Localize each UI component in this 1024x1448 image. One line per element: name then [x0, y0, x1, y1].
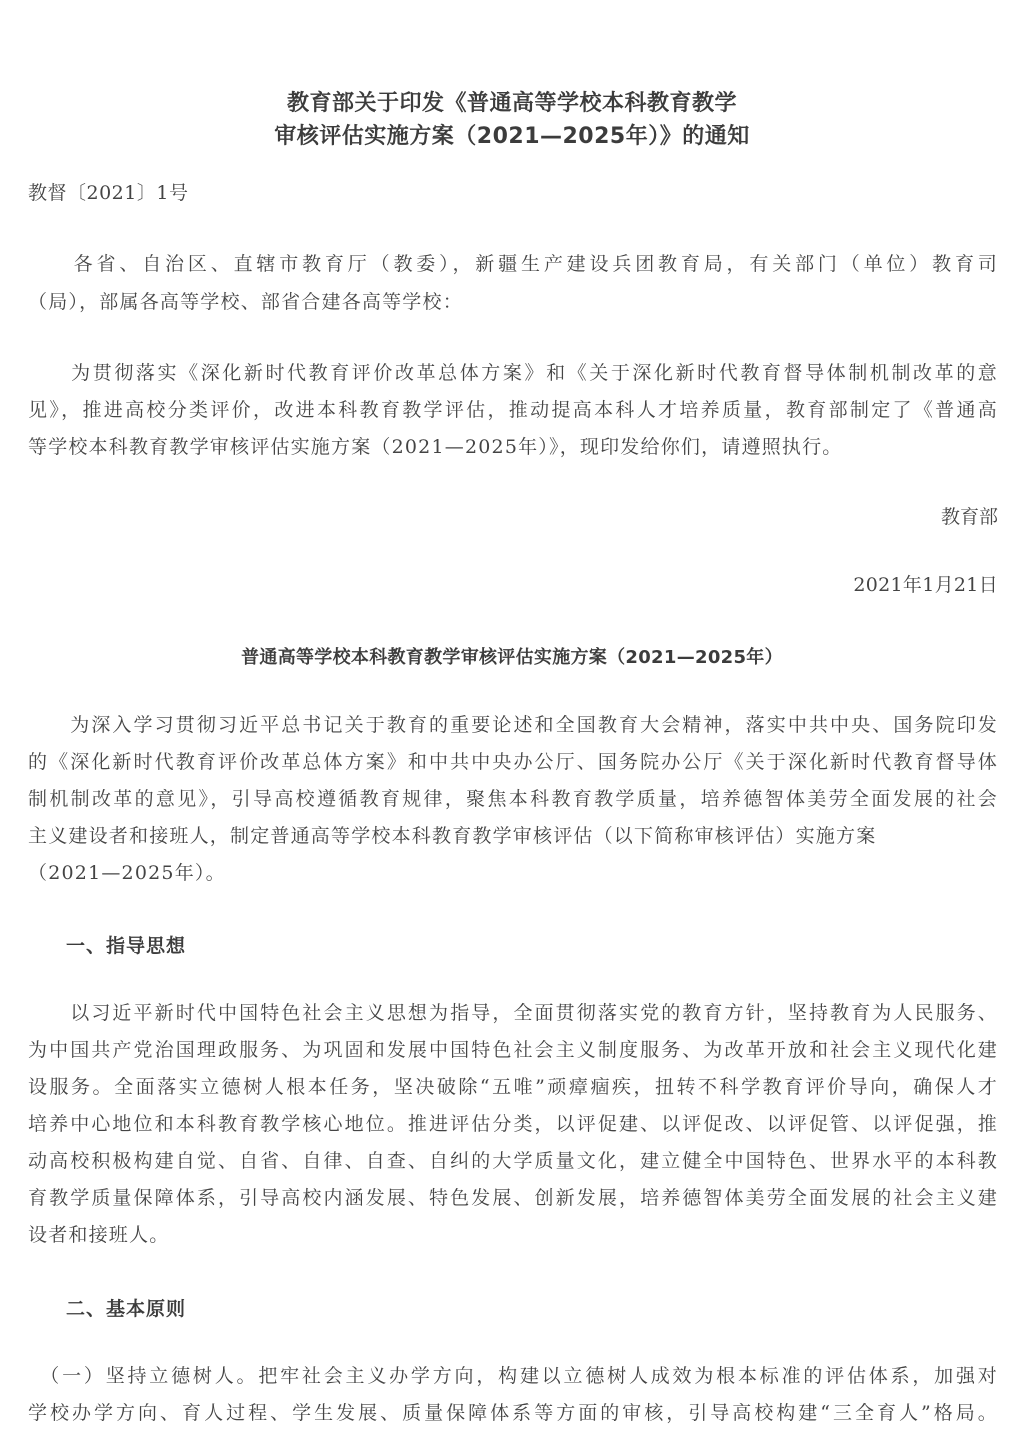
notice-body-line-2: 见》，推进高校分类评价，改进本科教育教学评估，推动提高本科人才培养质量，教育部制…: [28, 398, 998, 422]
document-page: 教育部关于印发《普通高等学校本科教育教学 审核评估实施方案（2021—2025年…: [0, 0, 1024, 1448]
plan-intro-line-5: （2021—2025年）。: [28, 861, 998, 885]
section-1-line-6: 育教学质量保障体系，引导高校内涵发展、特色发展、创新发展，培养德智体美劳全面发展…: [28, 1186, 998, 1210]
plan-intro-line-2: 的《深化新时代教育评价改革总体方案》和中共中央办公厅、国务院办公厅《关于深化新时…: [28, 750, 998, 774]
section-2-line-1: （一）坚持立德树人。把牢社会主义办学方向，构建以立德树人成效为根本标准的评估体系…: [28, 1364, 998, 1388]
issuer: 教育部: [941, 505, 998, 529]
section-1-line-7: 设者和接班人。: [28, 1223, 998, 1247]
issue-date: 2021年1月21日: [853, 573, 998, 597]
section-heading-guiding-ideology: 一、指导思想: [66, 931, 186, 958]
plan-intro-line-1: 为深入学习贯彻习近平总书记关于教育的重要论述和全国教育大会精神，落实中共中央、国…: [28, 713, 998, 737]
section-2-line-2: 学校办学方向、育人过程、学生发展、质量保障体系等方面的审核，引导高校构建“三全育…: [28, 1401, 998, 1425]
notice-body-line-1: 为贯彻落实《深化新时代教育评价改革总体方案》和《关于深化新时代教育督导体制机制改…: [28, 361, 998, 385]
plan-title: 普通高等学校本科教育教学审核评估实施方案（2021—2025年）: [0, 643, 1024, 669]
section-1-line-1: 以习近平新时代中国特色社会主义思想为指导，全面贯彻落实党的教育方针，坚持教育为人…: [28, 1001, 998, 1025]
notice-title-line-1: 教育部关于印发《普通高等学校本科教育教学: [0, 86, 1024, 117]
section-heading-basic-principles: 二、基本原则: [66, 1294, 186, 1321]
section-1-line-5: 动高校积极构建自觉、自省、自律、自查、自纠的大学质量文化，建立健全中国特色、世界…: [28, 1149, 998, 1173]
section-1-line-3: 设服务。全面落实立德树人根本任务，坚决破除“五唯”顽瘴痼疾，扭转不科学教育评价导…: [28, 1075, 998, 1099]
plan-intro-line-3: 制机制改革的意见》，引导高校遵循教育规律，聚焦本科教育教学质量，培养德智体美劳全…: [28, 787, 998, 811]
plan-intro-line-4: 主义建设者和接班人，制定普通高等学校本科教育教学审核评估（以下简称审核评估）实施…: [28, 824, 998, 848]
notice-title-line-2: 审核评估实施方案（2021—2025年）》的通知: [0, 119, 1024, 150]
addressee-line-1: 各省、自治区、直辖市教育厅（教委），新疆生产建设兵团教育局，有关部门（单位）教育…: [28, 252, 998, 276]
notice-body-line-3: 等学校本科教育教学审核评估实施方案（2021—2025年）》，现印发给你们，请遵…: [28, 435, 998, 459]
section-1-line-4: 培养中心地位和本科教育教学核心地位。推进评估分类，以评促建、以评促改、以评促管、…: [28, 1112, 998, 1136]
addressee-line-2: （局），部属各高等学校、部省合建各高等学校：: [28, 290, 998, 314]
document-number: 教督〔2021〕1号: [28, 181, 998, 205]
section-1-line-2: 为中国共产党治国理政服务、为巩固和发展中国特色社会主义制度服务、为改革开放和社会…: [28, 1038, 998, 1062]
